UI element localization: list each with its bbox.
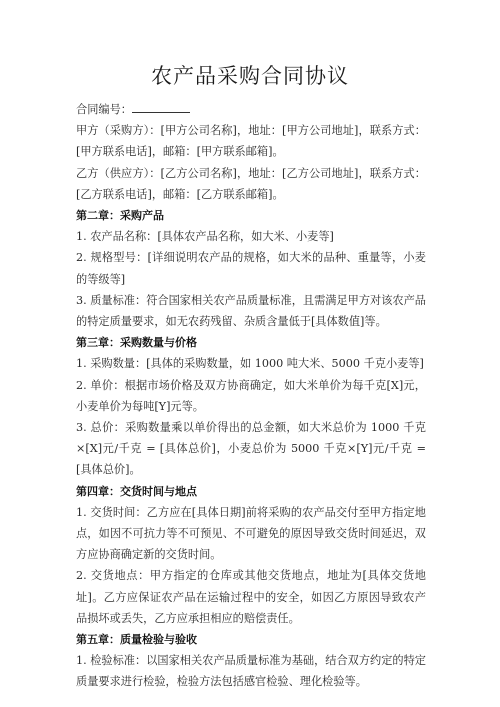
clause-item: 1. 农产品名称：[具体农产品名称，如大米、小麦等]: [76, 226, 426, 247]
document-body: 合同编号： 甲方（采购方）：[甲方公司名称]，地址：[甲方公司地址]，联系方式：…: [76, 99, 426, 693]
clause-item: 2. 交货地点：甲方指定的仓库或其他交货地点，地址为[具体交货地址]。乙方应保证…: [76, 565, 426, 629]
section-heading-quantity-price: 第三章：采购数量与价格: [76, 332, 426, 353]
clause-item: 3. 总价：采购数量乘以单价得出的总金额，如大米总价为 1000 千克×[X]元…: [76, 417, 426, 481]
section-heading-products: 第二章：采购产品: [76, 205, 426, 226]
clause-item: 2. 规格型号：[详细说明农产品的规格，如大米的品种、重量等，小麦的等级等]: [76, 247, 426, 289]
document-page: 农产品采购合同协议 合同编号： 甲方（采购方）：[甲方公司名称]，地址：[甲方公…: [0, 0, 500, 707]
party-b-info: 乙方（供应方）：[乙方公司名称]，地址：[乙方公司地址]，联系方式：[乙方联系电…: [76, 163, 426, 205]
clause-item: 3. 质量标准：符合国家相关农产品质量标准，且需满足甲方对该农产品的特定质量要求…: [76, 290, 426, 332]
contract-number-blank: [132, 101, 190, 113]
section-heading-delivery: 第四章：交货时间与地点: [76, 481, 426, 502]
clause-item: 2. 单价：根据市场价格及双方协商确定，如大米单价为每千克[X]元，小麦单价为每…: [76, 375, 426, 417]
party-a-info: 甲方（采购方）：[甲方公司名称]，地址：[甲方公司地址]，联系方式：[甲方联系电…: [76, 120, 426, 162]
contract-number-label: 合同编号：: [76, 103, 132, 116]
clause-item: 1. 检验标准：以国家相关农产品质量标准为基础，结合双方约定的特定质量要求进行检…: [76, 650, 426, 692]
contract-number-line: 合同编号：: [76, 99, 426, 120]
document-title: 农产品采购合同协议: [0, 60, 500, 90]
clause-item: 1. 采购数量：[具体的采购数量，如 1000 吨大米、5000 千克小麦等]: [76, 353, 426, 374]
section-heading-inspection: 第五章：质量检验与验收: [76, 629, 426, 650]
clause-item: 1. 交货时间：乙方应在[具体日期]前将采购的农产品交付至甲方指定地点，如因不可…: [76, 502, 426, 566]
